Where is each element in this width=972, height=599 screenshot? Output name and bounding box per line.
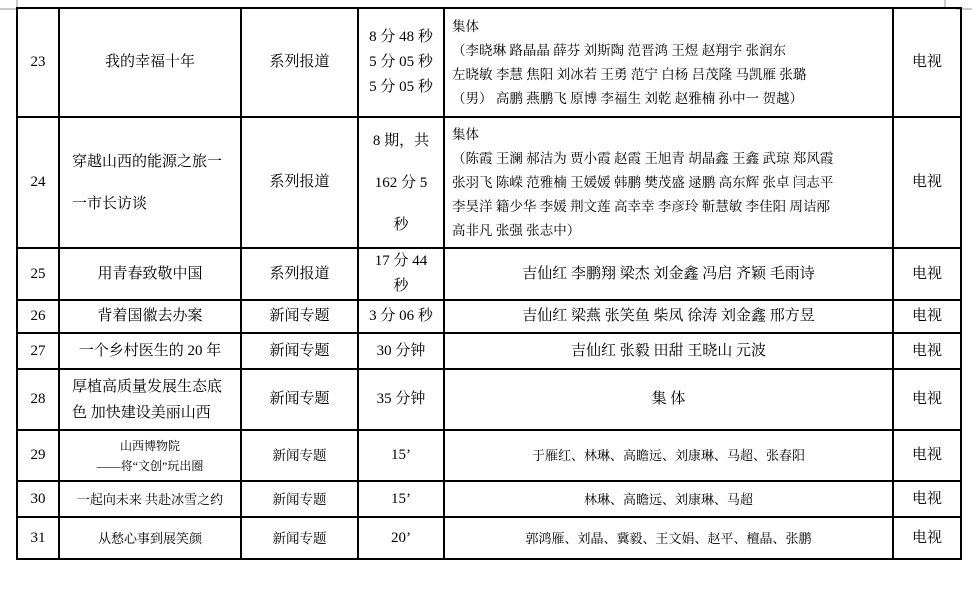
row-number-cell: 28 xyxy=(17,369,59,430)
people-cell: 于雁红、林琳、高瞻远、刘康琳、马超、张春阳 xyxy=(444,430,893,481)
category-cell: 系列报道 xyxy=(241,8,358,117)
people-cell: 吉仙红 梁燕 张笑鱼 柴凤 徐涛 刘金鑫 邢方昱 xyxy=(444,300,893,333)
row-number-cell: 30 xyxy=(17,481,59,517)
row-number-cell: 25 xyxy=(17,248,59,300)
people-cell: 林琳、高瞻远、刘康琳、马超 xyxy=(444,481,893,517)
gridline-guide-left xyxy=(0,8,16,10)
title-cell: 从愁心事到展笑颜 xyxy=(59,517,241,559)
type-cell: 电视 xyxy=(893,117,961,248)
category-cell: 新闻专题 xyxy=(241,300,358,333)
table-row: 24 穿越山西的能源之旅一 一市长访谈 系列报道 8 期，共 162 分 5 秒… xyxy=(17,117,961,248)
row-number-cell: 31 xyxy=(17,517,59,559)
title-cell: 一个乡村医生的 20 年 xyxy=(59,333,241,369)
category-cell: 新闻专题 xyxy=(241,333,358,369)
category-cell: 新闻专题 xyxy=(241,369,358,430)
category-cell: 新闻专题 xyxy=(241,430,358,481)
table-row: 27 一个乡村医生的 20 年 新闻专题 30 分钟 吉仙红 张毅 田甜 王晓山… xyxy=(17,333,961,369)
duration-cell: 35 分钟 xyxy=(358,369,444,430)
duration-cell: 30 分钟 xyxy=(358,333,444,369)
table-row: 29 山西博物院 ——将“文创”玩出圈 新闻专题 15’ 于雁红、林琳、高瞻远、… xyxy=(17,430,961,481)
type-cell: 电视 xyxy=(893,8,961,117)
row-number-cell: 24 xyxy=(17,117,59,248)
people-cell: 吉仙红 李鹏翔 梁杰 刘金鑫 冯启 齐颖 毛雨诗 xyxy=(444,248,893,300)
type-cell: 电视 xyxy=(893,333,961,369)
category-cell: 系列报道 xyxy=(241,248,358,300)
duration-cell: 17 分 44 秒 xyxy=(358,248,444,300)
title-cell: 我的幸福十年 xyxy=(59,8,241,117)
category-cell: 系列报道 xyxy=(241,117,358,248)
people-cell: 郭鸿雁、刘晶、冀毅、王文娟、赵平、檀晶、张鹏 xyxy=(444,517,893,559)
table-row: 25 用青春致敬中国 系列报道 17 分 44 秒 吉仙红 李鹏翔 梁杰 刘金鑫… xyxy=(17,248,961,300)
table-row: 28 厚植高质量发展生态底 色 加快建设美丽山西 新闻专题 35 分钟 集 体 … xyxy=(17,369,961,430)
title-cell: 背着国徽去办案 xyxy=(59,300,241,333)
duration-cell: 3 分 06 秒 xyxy=(358,300,444,333)
title-cell: 厚植高质量发展生态底 色 加快建设美丽山西 xyxy=(59,369,241,430)
document-page: 23 我的幸福十年 系列报道 8 分 48 秒 5 分 05 秒 5 分 05 … xyxy=(0,0,972,599)
table-row: 26 背着国徽去办案 新闻专题 3 分 06 秒 吉仙红 梁燕 张笑鱼 柴凤 徐… xyxy=(17,300,961,333)
row-number-cell: 29 xyxy=(17,430,59,481)
table-row: 31 从愁心事到展笑颜 新闻专题 20’ 郭鸿雁、刘晶、冀毅、王文娟、赵平、檀晶… xyxy=(17,517,961,559)
type-cell: 电视 xyxy=(893,369,961,430)
table-row: 30 一起向未来 共赴冰雪之约 新闻专题 15’ 林琳、高瞻远、刘康琳、马超 电… xyxy=(17,481,961,517)
type-cell: 电视 xyxy=(893,248,961,300)
type-cell: 电视 xyxy=(893,481,961,517)
title-cell: 山西博物院 ——将“文创”玩出圈 xyxy=(59,430,241,481)
title-cell: 一起向未来 共赴冰雪之约 xyxy=(59,481,241,517)
type-cell: 电视 xyxy=(893,430,961,481)
row-number-cell: 26 xyxy=(17,300,59,333)
category-cell: 新闻专题 xyxy=(241,481,358,517)
table-row: 23 我的幸福十年 系列报道 8 分 48 秒 5 分 05 秒 5 分 05 … xyxy=(17,8,961,117)
people-cell: 集 体 xyxy=(444,369,893,430)
row-number-cell: 23 xyxy=(17,8,59,117)
people-cell: 集体 （陈霞 王澜 郝洁为 贾小霞 赵霞 王旭青 胡晶鑫 王鑫 武琼 郑风霞 张… xyxy=(444,117,893,248)
row-number-cell: 27 xyxy=(17,333,59,369)
duration-cell: 8 分 48 秒 5 分 05 秒 5 分 05 秒 xyxy=(358,8,444,117)
type-cell: 电视 xyxy=(893,300,961,333)
people-cell: 吉仙红 张毅 田甜 王晓山 元波 xyxy=(444,333,893,369)
category-cell: 新闻专题 xyxy=(241,517,358,559)
title-cell: 用青春致敬中国 xyxy=(59,248,241,300)
duration-cell: 8 期，共 162 分 5 秒 xyxy=(358,117,444,248)
duration-cell: 15’ xyxy=(358,481,444,517)
title-cell: 穿越山西的能源之旅一 一市长访谈 xyxy=(59,117,241,248)
program-list-table: 23 我的幸福十年 系列报道 8 分 48 秒 5 分 05 秒 5 分 05 … xyxy=(16,7,962,560)
people-cell: 集体 （李晓琳 路晶晶 薛芬 刘斯陶 范晋鸿 王煜 赵翔宇 张润东 左晓敏 李慧… xyxy=(444,8,893,117)
duration-cell: 15’ xyxy=(358,430,444,481)
duration-cell: 20’ xyxy=(358,517,444,559)
type-cell: 电视 xyxy=(893,517,961,559)
